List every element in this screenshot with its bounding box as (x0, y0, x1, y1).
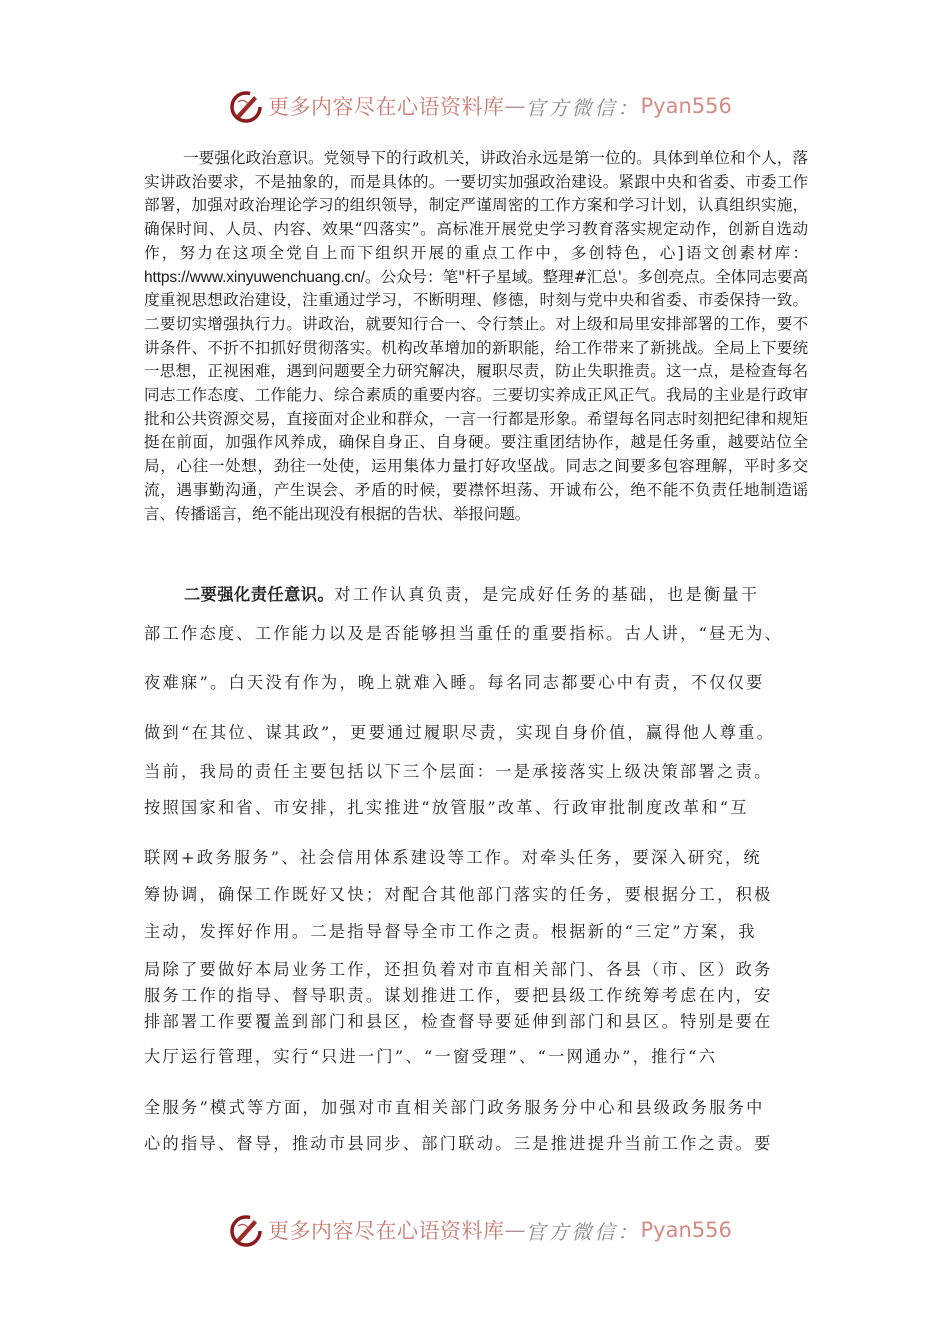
paragraph-line: 全服务”模式等方面，加强对市直相关部门政务服务分中心和县级政务服务中 (144, 1094, 814, 1118)
paragraph-political-awareness: 一要强化政治意识。党领导下的行政机关，讲政治永远是第一位的。具体到单位和个人，落… (144, 147, 808, 526)
banner-wechat-id: Pyan556 (641, 1218, 732, 1242)
paragraph-line: 联网+政务服务”、社会信用体系建设等工作。对牵头任务，要深入研究，统 (144, 844, 814, 868)
quill-logo-icon (228, 88, 264, 124)
banner-wechat-id: Pyan556 (641, 94, 732, 118)
paragraph-line: 主动，发挥好作用。二是指导督导全市工作之责。根据新的“三定”方案，我 (144, 918, 814, 942)
paragraph-line: 服务工作的指导、督导职责。谋划推进工作，要把县级工作统筹考虑在内，安 (144, 982, 814, 1006)
paragraph-line: 排部署工作要覆盖到部门和县区，检查督导要延伸到部门和县区。特别是要在 (144, 1008, 814, 1032)
banner-dash: — (505, 1218, 526, 1242)
paragraph-line: 大厅运行管理，实行“只进一门”、“一窗受理”、“一网通办”，推行“六 (144, 1043, 814, 1067)
paragraph-text: 一要强化政治意识。党领导下的行政机关，讲政治永远是第一位的。具体到单位和个人，落… (144, 149, 808, 262)
paragraph-line: 部工作态度、工作能力以及是否能够担当重任的重要指标。古人讲，“昼无为、 (144, 620, 814, 644)
banner-dash: — (505, 94, 526, 118)
paragraph-text: 。公众号：笔"杆子星域。整理#汇总'。多创亮点。全体同志要高度重视思想政治建设，… (144, 268, 808, 523)
header-banner: 更多内容尽在心语资料库 — 官方微信： Pyan556 (228, 84, 732, 128)
quill-logo-icon (228, 1212, 264, 1248)
paragraph-line: 局除了要做好本局业务工作，还担负着对市直相关部门、各县（市、区）政务 (144, 956, 814, 980)
document-body: 一要强化政治意识。党领导下的行政机关，讲政治永远是第一位的。具体到单位和个人，落… (144, 147, 808, 526)
paragraph-line: 当前，我局的责任主要包括以下三个层面：一是承接落实上级决策部署之责。 (144, 758, 814, 782)
paragraph-line: 按照国家和省、市安排，扎实推进“放管服”改革、行政审批制度改革和“互 (144, 794, 814, 818)
url-text: https://www.xinyuwenchuang.cn/ (144, 269, 365, 286)
banner-title: 更多内容尽在心语资料库 (268, 1215, 505, 1245)
banner-wechat-label: 官方微信： (526, 92, 641, 121)
paragraph-line: 二要强化责任意识。对工作认真负责，是完成好任务的基础，也是衡量干 (144, 581, 814, 605)
paragraph-line: 做到“在其位、谋其政”，更要通过履职尽责，实现自身价值，赢得他人尊重。 (144, 719, 814, 743)
banner-wechat-label: 官方微信： (526, 1216, 641, 1245)
footer-banner: 更多内容尽在心语资料库 — 官方微信： Pyan556 (228, 1208, 732, 1252)
section-heading: 二要强化责任意识。 (184, 585, 334, 604)
banner-title: 更多内容尽在心语资料库 (268, 91, 505, 121)
paragraph-line: 夜难寐”。白天没有作为，晚上就难入睡。每名同志都要心中有责，不仅仅要 (144, 669, 814, 693)
paragraph-line: 筹协调，确保工作既好又快；对配合其他部门落实的任务，要根据分工，积极 (144, 881, 814, 905)
paragraph-line: 心的指导、督导，推动市县同步、部门联动。三是推进提升当前工作之责。要 (144, 1130, 814, 1154)
